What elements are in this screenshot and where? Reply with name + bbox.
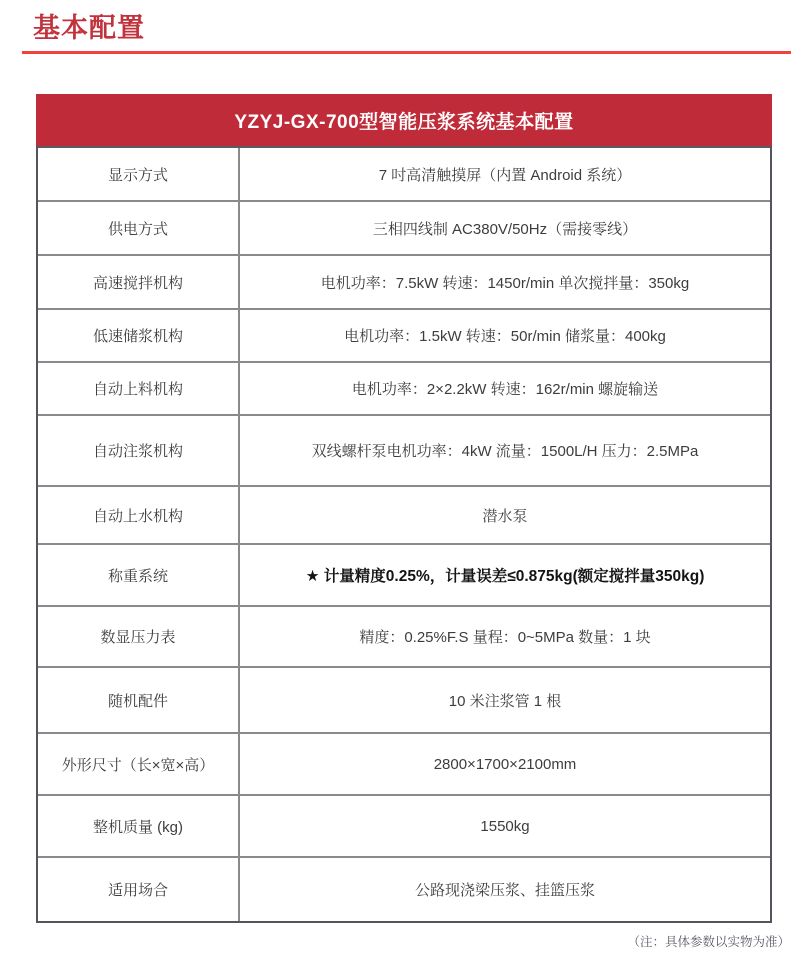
table-row-high-speed-mixer: 高速搅拌机构 电机功率：7.5kW 转速：1450r/min 单次搅拌量：350… [38,254,770,308]
spec-label: 称重系统 [38,545,240,605]
spec-value: 双线螺杆泵电机功率：4kW 流量：1500L/H 压力：2.5MPa [240,416,770,485]
spec-label: 适用场合 [38,858,240,921]
spec-value: 精度：0.25%F.S 量程：0~5MPa 数量：1 块 [240,607,770,666]
table-row-auto-grouting: 自动注浆机构 双线螺杆泵电机功率：4kW 流量：1500L/H 压力：2.5MP… [38,414,770,485]
spec-value-emphasized: ★ 计量精度0.25%，计量误差≤0.875kg(额定搅拌量350kg) [240,545,770,605]
spec-value: 公路现浇梁压浆、挂篮压浆 [240,858,770,921]
title-underline-rule [22,51,791,54]
spec-label: 随机配件 [38,668,240,732]
page-title: 基本配置 [33,12,795,44]
spec-label: 显示方式 [38,148,240,200]
spec-label: 整机质量 (kg) [38,796,240,856]
spec-value: 电机功率：2×2.2kW 转速：162r/min 螺旋输送 [240,363,770,414]
spec-label: 外形尺寸（长×宽×高） [38,734,240,794]
spec-label: 高速搅拌机构 [38,256,240,308]
spec-value: 电机功率：7.5kW 转速：1450r/min 单次搅拌量：350kg [240,256,770,308]
table-row-auto-water-supply: 自动上水机构 潜水泵 [38,485,770,543]
spec-value: 潜水泵 [240,487,770,543]
spec-value: 电机功率：1.5kW 转速：50r/min 储浆量：400kg [240,310,770,361]
spec-value: 三相四线制 AC380V/50Hz（需接零线） [240,202,770,254]
spec-value: 10 米注浆管 1 根 [240,668,770,732]
footnote: （注：具体参数以实物为准） [0,932,795,950]
table-row-total-weight: 整机质量 (kg) 1550kg [38,794,770,856]
table-row-dimensions: 外形尺寸（长×宽×高） 2800×1700×2100mm [38,732,770,794]
spec-label: 自动上水机构 [38,487,240,543]
table-row-auto-feeding: 自动上料机构 电机功率：2×2.2kW 转速：162r/min 螺旋输送 [38,361,770,414]
spec-label: 低速储浆机构 [38,310,240,361]
spec-table-body: 显示方式 7 吋高清触摸屏（内置 Android 系统） 供电方式 三相四线制 … [36,146,772,923]
table-row-applications: 适用场合 公路现浇梁压浆、挂篮压浆 [38,856,770,921]
table-row-accessories: 随机配件 10 米注浆管 1 根 [38,666,770,732]
table-row-low-speed-storage: 低速储浆机构 电机功率：1.5kW 转速：50r/min 储浆量：400kg [38,308,770,361]
table-row-power-supply: 供电方式 三相四线制 AC380V/50Hz（需接零线） [38,200,770,254]
spec-value: 2800×1700×2100mm [240,734,770,794]
table-row-weighing-system: 称重系统 ★ 计量精度0.25%，计量误差≤0.875kg(额定搅拌量350kg… [38,543,770,605]
spec-table: YZYJ-GX-700型智能压浆系统基本配置 显示方式 7 吋高清触摸屏（内置 … [36,94,772,923]
spec-label: 自动上料机构 [38,363,240,414]
table-row-digital-pressure-gauge: 数显压力表 精度：0.25%F.S 量程：0~5MPa 数量：1 块 [38,605,770,666]
spec-label: 供电方式 [38,202,240,254]
table-row-display-mode: 显示方式 7 吋高清触摸屏（内置 Android 系统） [38,146,770,200]
spec-table-title: YZYJ-GX-700型智能压浆系统基本配置 [36,94,772,146]
spec-label: 数显压力表 [38,607,240,666]
spec-label: 自动注浆机构 [38,416,240,485]
spec-value: 7 吋高清触摸屏（内置 Android 系统） [240,148,770,200]
spec-value: 1550kg [240,796,770,856]
